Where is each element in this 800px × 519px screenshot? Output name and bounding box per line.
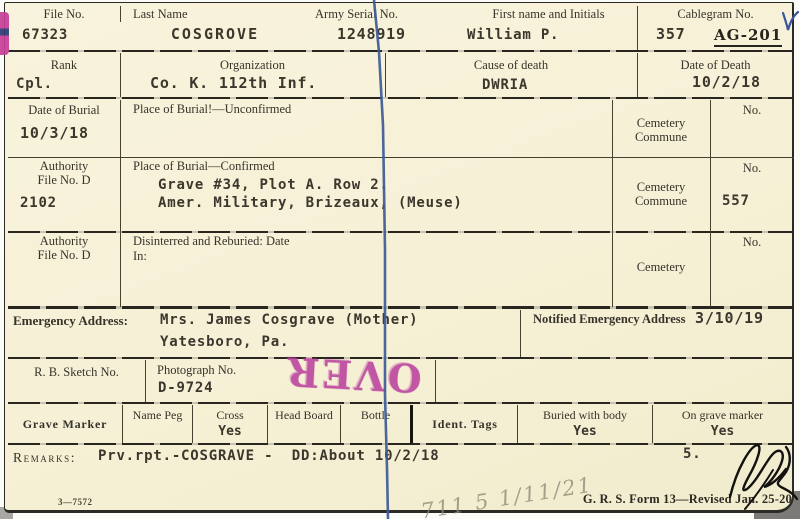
cemetery-commune-label-1: Cemetery Commune — [612, 117, 710, 144]
last-name-label: Last Name — [133, 8, 188, 22]
ag-201-stamp: AG-201 — [714, 26, 782, 47]
date-of-burial-value: 10/3/18 — [20, 122, 89, 144]
page-number: 5. — [683, 443, 701, 465]
head-board-cell: Head Board — [267, 405, 340, 443]
on-grave-marker-cell: On grave marker Yes — [652, 405, 792, 443]
cemetery-label-3: Cemetery — [612, 261, 710, 275]
date-of-death-value: 10/2/18 — [692, 71, 761, 93]
cross-cell: Cross Yes — [192, 405, 267, 443]
no-label-3: No. — [710, 236, 794, 250]
notified-emergency-value: 3/10/19 — [695, 307, 764, 329]
ident-tags-label: Ident. Tags — [432, 418, 498, 431]
cablegram-value: 357 — [656, 23, 686, 45]
ident-tags-cell: Ident. Tags — [410, 405, 517, 443]
rank-label: Rank — [8, 59, 120, 73]
grave-marker-title-cell: Grave Marker — [8, 405, 122, 443]
rule-confirmed-bottom — [8, 231, 794, 233]
edge-stamp-fragment — [0, 12, 9, 55]
photograph-no-value: D-9724 — [158, 377, 213, 399]
cause-of-death-value: DWRIA — [482, 74, 528, 96]
remarks-value: Prv.rpt.-COSGRAVE - DD:About 10/2/18 — [98, 445, 439, 467]
photograph-no-label: Photograph No. — [157, 364, 236, 378]
last-name-value: COSGROVE — [120, 23, 310, 45]
rank-value: Cpl. — [16, 73, 53, 95]
graves-registration-card-scan: File No. 67323 Last Name COSGROVE Army S… — [0, 0, 800, 519]
place-confirmed-line2: Amer. Military, Brizeaux, (Meuse) — [158, 192, 463, 214]
rule-row2-bottom — [8, 97, 794, 99]
bottle-label: Bottle — [361, 409, 390, 422]
cemetery-no-value: 557 — [722, 190, 750, 212]
authority-file-value: 2102 — [20, 192, 57, 214]
date-of-burial-label: Date of Burial — [8, 104, 120, 118]
disinterred-label: Disinterred and Reburied: Date In: — [133, 234, 290, 264]
rule-unconfirmed-bottom — [8, 157, 794, 158]
divider-authority-place — [120, 100, 121, 307]
divider-cemetery-no — [710, 100, 711, 307]
cemetery-commune-label-2: Cemetery Commune — [612, 181, 710, 208]
cross-value: Yes — [218, 424, 241, 439]
no-label-2: No. — [710, 162, 794, 176]
head-board-label: Head Board — [275, 409, 333, 422]
organization-label: Organization — [120, 59, 385, 73]
place-unconfirmed-label: Place of Burial!—Unconfirmed — [133, 103, 291, 117]
on-grave-marker-value: Yes — [711, 424, 734, 439]
divider-photo-right — [435, 360, 436, 402]
remarks-label: Remarks: — [13, 451, 76, 465]
first-name-label: First name and Initials — [460, 8, 637, 22]
cross-label: Cross — [216, 409, 243, 422]
emergency-address-label: Emergency Address: — [13, 314, 128, 328]
grave-marker-title: Grave Marker — [23, 418, 108, 431]
first-name-value: William P. — [467, 24, 559, 46]
place-confirmed-label: Place of Burial—Confirmed — [133, 160, 275, 174]
notified-emergency-label: Notified Emergency Address — [533, 313, 686, 327]
cause-of-death-label: Cause of death — [385, 59, 637, 73]
buried-with-body-label: Buried with body — [543, 409, 627, 422]
cablegram-label: Cablegram No. — [637, 8, 794, 22]
buried-with-body-value: Yes — [573, 424, 596, 439]
file-no-label: File No. — [8, 8, 120, 22]
rb-sketch-label: R. B. Sketch No. — [8, 366, 145, 380]
on-grave-marker-label: On grave marker — [682, 409, 763, 422]
name-peg-label: Name Peg — [133, 409, 183, 422]
divider-sketch-photo — [145, 360, 146, 402]
print-code: 3—7572 — [58, 497, 93, 507]
file-no-value: 67323 — [22, 24, 68, 46]
divider-emergency-notified — [520, 310, 521, 357]
bottle-cell: Bottle — [340, 405, 410, 443]
authority-file-label-2: Authority File No. D — [8, 235, 120, 262]
authority-file-label-1: Authority File No. D — [8, 160, 120, 187]
rule-row1-bottom — [8, 50, 794, 52]
over-stamp: OVER — [290, 338, 415, 410]
name-peg-cell: Name Peg — [122, 405, 192, 443]
army-serial-label: Army Serial No. — [315, 8, 398, 22]
no-label-1: No. — [710, 104, 794, 118]
army-serial-value: 1248919 — [337, 23, 406, 45]
buried-with-body-cell: Buried with body Yes — [517, 405, 652, 443]
organization-value: Co. K. 112th Inf. — [150, 72, 317, 94]
divider-fileno-lastname — [120, 6, 121, 22]
